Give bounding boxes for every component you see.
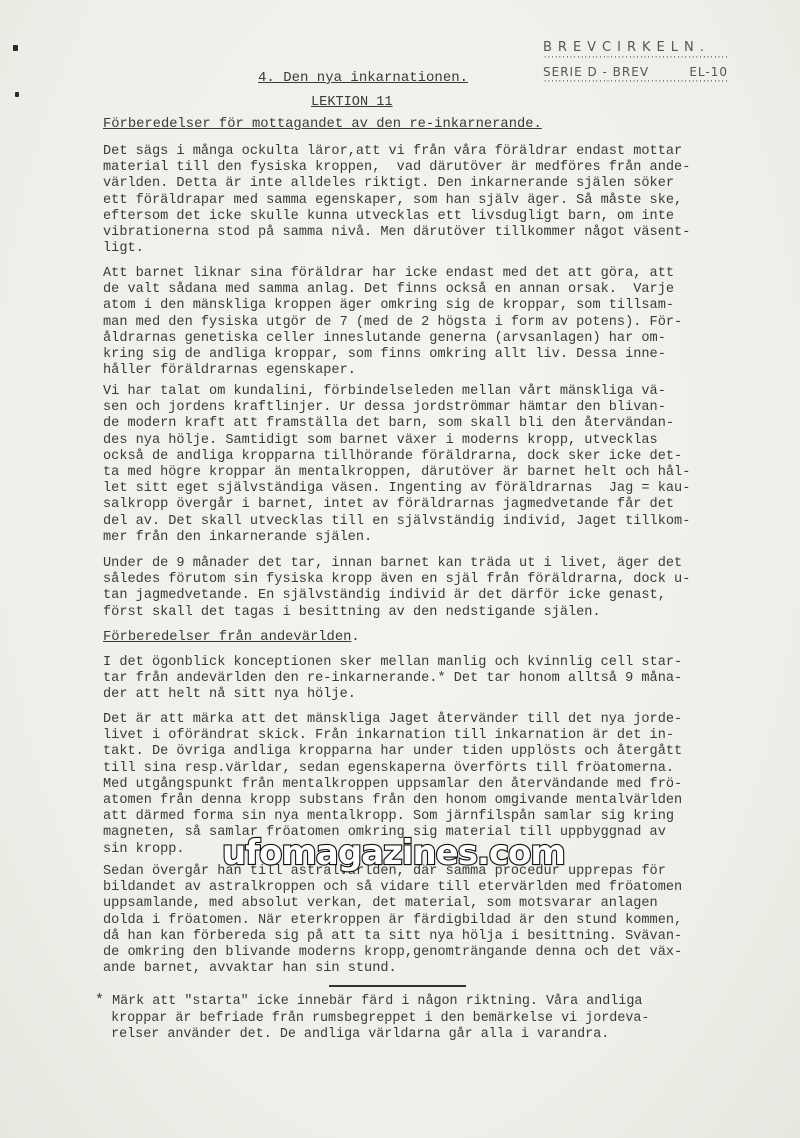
series-title: BREVCIRKELN. [543,40,728,56]
series-code: EL-10 [689,64,728,80]
dotted-rule: ''''''''''''''''''''''''''''''''''''''''… [543,80,728,88]
section-heading-1: Förberedelser för mottagandet av den re-… [103,117,542,132]
punch-hole-mark [15,92,19,97]
paragraph: Att barnet liknar sina föräldrar har ick… [103,266,743,379]
scanned-page: BREVCIRKELN. '''''''''''''''''''''''''''… [0,0,800,1138]
paragraph: Vi har talat om kundalini, förbindelsele… [103,384,743,546]
chapter-title: 4. Den nya inkarnationen. [258,70,468,86]
footnote-text: Märk att "starta" icke innebär färd i nå… [95,994,649,1042]
paragraph: Det sägs i många ockulta läror,att vi fr… [103,144,743,257]
section-heading-2-period: . [351,630,359,645]
section-heading-2: Förberedelser från andevärlden. [103,630,360,645]
series-header-box: BREVCIRKELN. '''''''''''''''''''''''''''… [543,40,728,88]
footnote: * Märk att "starta" icke innebär färd i … [95,993,649,1044]
series-label: SERIE D - BREV [543,64,649,80]
footnote-marker: * [95,992,104,1009]
dotted-rule: ''''''''''''''''''''''''''''''''''''''''… [543,56,728,64]
series-line: SERIE D - BREV EL-10 [543,64,728,80]
footnote-separator [329,985,466,987]
lesson-heading: LEKTION 11 [311,95,393,110]
paragraph: I det ögonblick konceptionen sker mellan… [103,655,743,704]
punch-hole-mark [13,45,18,51]
watermark: ufomagazines.com [222,833,565,873]
paragraph: Under de 9 månader det tar, innan barnet… [103,556,743,621]
section-heading-2-text: Förberedelser från andevärlden [103,630,351,645]
paragraph: Sedan övergår han till astralvärlden, dä… [103,864,743,977]
